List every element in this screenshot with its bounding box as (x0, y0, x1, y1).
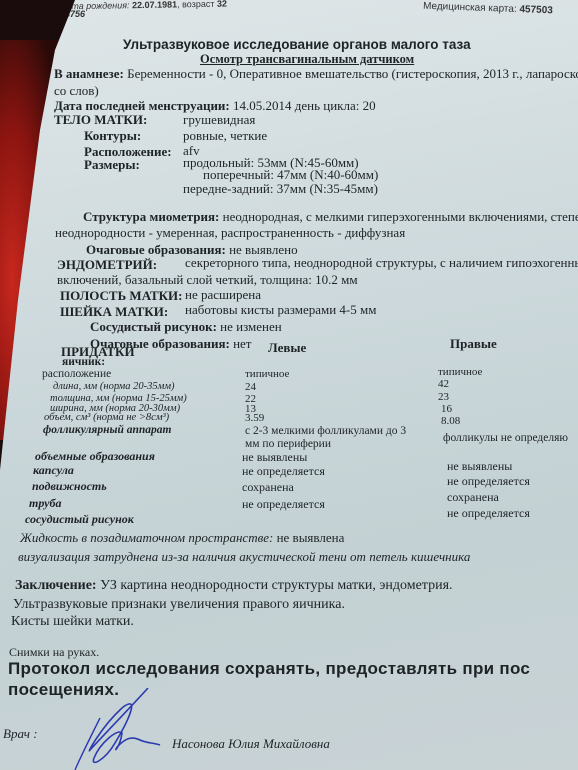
anamnesis-text: Беременности - 0, Оперативное вмешательс… (127, 66, 578, 81)
endometrium-label: ЭНДОМЕТРИЙ: (57, 257, 157, 273)
adnexa-row-label: подвижность (32, 479, 107, 494)
conclusion-label: Заключение: (15, 578, 97, 593)
anamnesis-text-2: со слов) (54, 83, 99, 99)
follicular-left-2: мм по периферии (245, 438, 331, 450)
cervix-vascular-value: не изменен (220, 319, 282, 334)
fluid: Жидкость в позадиматочном пространстве: … (20, 530, 344, 546)
myometrium-text: неоднородная, с мелкими гиперэхогенными … (223, 209, 578, 224)
ovary-right-value: 16 (441, 403, 452, 415)
ovary-row-label: объем, см³ (норма не >8см³) (44, 412, 169, 423)
ovary-right-value: 8.08 (441, 415, 460, 427)
card-label: Медицинская карта: (423, 1, 517, 15)
conclusion-line-3: Кисты шейки матки. (11, 614, 134, 630)
adnexa-right-value: не определяется (447, 474, 530, 489)
conclusion-line-2: Ультразвуковые признаки увеличения право… (13, 597, 345, 613)
adnexa-row-label: сосудистый рисунок (25, 512, 134, 527)
myometrium-label: Структура миометрия: (83, 209, 219, 224)
adnexa-left-header: Левые (268, 340, 306, 356)
conclusion: Заключение: УЗ картина неоднородности ст… (15, 578, 453, 594)
adnexa-row-label: труба (29, 496, 62, 511)
document-page: Дата рождения: 22.07.1981, возраст 32 18… (0, 0, 578, 770)
cervix-vascular: Сосудистый рисунок: не изменен (90, 319, 282, 335)
contours-label: Контуры: (84, 128, 141, 144)
doctor-name: Насонова Юлия Михайловна (172, 736, 330, 752)
contours-value: ровные, четкие (183, 128, 267, 144)
adnexa-right-value: не выявлены (447, 459, 512, 474)
follicular-label: фолликулярный аппарат (43, 424, 171, 436)
ovary-label: яичник: (62, 356, 105, 368)
cavity-label: ПОЛОСТЬ МАТКИ: (60, 288, 183, 304)
adnexa-row-label: объемные образования (35, 449, 155, 464)
uterus-label: ТЕЛО МАТКИ: (54, 112, 147, 128)
ovary-left-value: 3.59 (245, 412, 264, 424)
card-number: 457503 (519, 4, 553, 16)
birth-date: 22.07.1981 (132, 0, 177, 10)
last-menstruation-value: 14.05.2014 день цикла: 20 (233, 98, 376, 113)
fluid-note: визуализация затруднена из-за наличия ак… (18, 549, 470, 565)
adnexa-row-label: капсула (33, 463, 74, 478)
protocol-note: Протокол исследования сохранять, предост… (8, 659, 530, 679)
size-anteroposterior: передне-задний: 37мм (N:35-45мм) (183, 181, 378, 197)
adnexa-right-header: Правые (450, 336, 497, 352)
anamnesis-label: В анамнезе: (54, 66, 124, 81)
ovary-row-label: длина, мм (норма 20-35мм) (53, 381, 175, 392)
age-label: возраст (182, 0, 215, 9)
adnexa-left-value: не определяется (242, 497, 325, 512)
cervix-value: наботовы кисты размерами 4-5 мм (185, 302, 376, 318)
adnexa-right-value: сохранена (447, 490, 499, 505)
birth-label: Дата рождения: (60, 0, 130, 11)
age-value: 32 (217, 0, 227, 9)
conclusion-line-1: УЗ картина неоднородности структуры матк… (100, 578, 452, 593)
doctor-label: Врач : (3, 726, 38, 742)
ovary-right-value: типичное (438, 366, 482, 378)
adnexa-left-value: не определяется (242, 464, 325, 479)
follicular-right: фолликулы не определяю (443, 432, 568, 444)
ovary-left-value: 24 (245, 381, 256, 393)
ovary-right-value: 23 (438, 391, 449, 403)
myometrium-text-2: неоднородности - умеренная, распростране… (55, 225, 405, 241)
adnexa-right-value: не определяется (447, 506, 530, 521)
document-title: Ультразвуковое исследование органов мало… (123, 37, 471, 52)
card-info: Медицинская карта: 457503 (423, 1, 553, 17)
ovary-left-value: типичное (245, 368, 289, 380)
myometrium: Структура миометрия: неоднородная, с мел… (83, 209, 578, 225)
adnexa-left-value: сохранена (242, 480, 294, 495)
ovary-right-value: 42 (438, 378, 449, 390)
follicular-left: с 2-3 мелкими фолликулами до 3 (245, 425, 406, 437)
cervix-label: ШЕЙКА МАТКИ: (60, 304, 168, 320)
anamnesis: В анамнезе: Беременности - 0, Оперативно… (54, 66, 578, 82)
endometrium-text: секреторного типа, неоднородной структур… (185, 255, 578, 271)
sizes-label: Размеры: (84, 157, 140, 173)
cervix-focal-value: нет (233, 336, 251, 351)
endometrium-text-2: включений, базальный слой четкий, толщин… (57, 272, 358, 288)
document-subtitle: Осмотр трансвагинальным датчиком (200, 52, 414, 67)
signature-scribble (60, 688, 180, 770)
fluid-label: Жидкость в позадиматочном пространстве: (20, 530, 273, 545)
cavity-value: не расширена (185, 287, 261, 303)
uterus-shape: грушевидная (183, 112, 255, 128)
fluid-value: не выявлена (277, 530, 345, 545)
last-menstruation-label: Дата последней менструации: (54, 98, 230, 113)
patient-id: 18756 (60, 9, 85, 19)
adnexa-left-value: не выявлены (242, 450, 307, 465)
ovary-row-label: расположение (42, 368, 111, 380)
images-note: Снимки на руках. (9, 645, 99, 660)
cervix-vascular-label: Сосудистый рисунок: (90, 319, 217, 334)
